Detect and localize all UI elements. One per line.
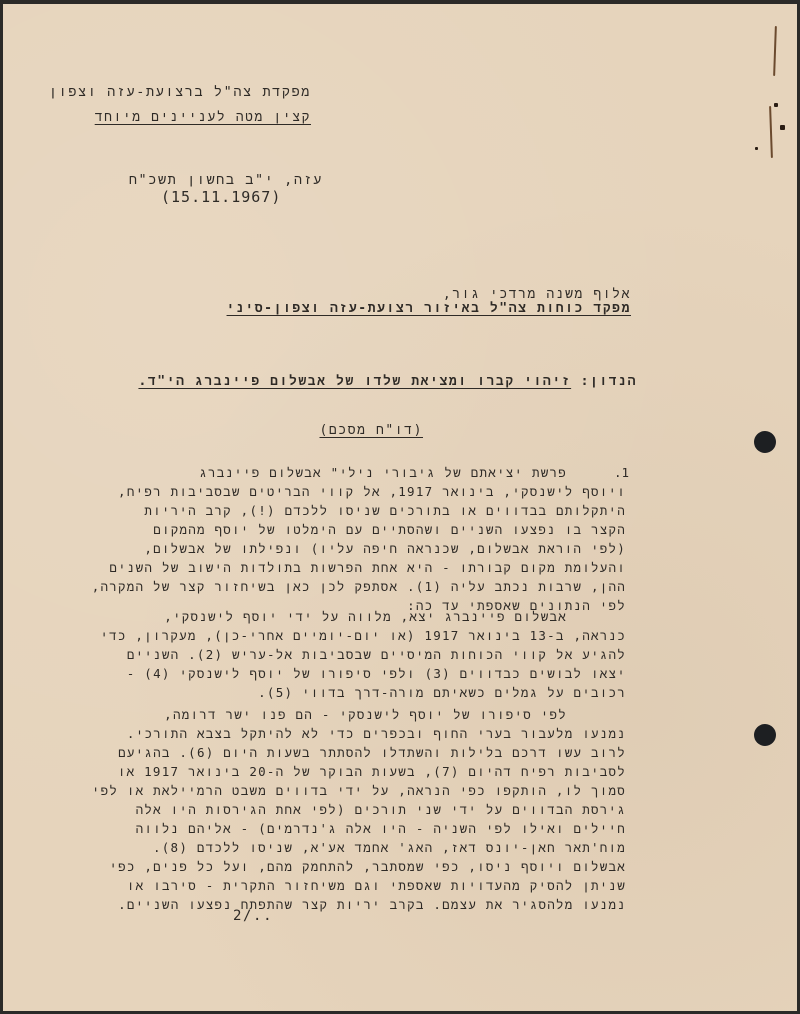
paragraph-line: גירסת הבדווים על ידי שני תורכים (לפי אחת…: [136, 802, 626, 818]
paragraph-line: לרוב עשו דרכם בלילות והשתדלו להסתתר בשעו…: [118, 745, 626, 761]
paragraph-line: נמנעו מלעבור בערי החוף ובכפרים כדי לא לה…: [127, 726, 626, 742]
document-page: מפקדת צה"ל ברצועת-עזה וצפון קצין מטה לענ…: [3, 4, 797, 1011]
punch-hole-icon: [754, 724, 776, 746]
paragraph-3: לפי סיפורו של יוסף לישנסקי - הם פנו ישר …: [3, 4, 797, 1011]
punch-hole-icon: [754, 431, 776, 453]
page-continuation: 2/..: [233, 908, 273, 924]
paragraph-line: לפי סיפורו של יוסף לישנסקי - הם פנו ישר …: [164, 707, 567, 723]
paragraph-line: מוח'תאר חאן-יונס דאז, האג' אחמד אע'א, שנ…: [153, 840, 626, 856]
ink-dot-icon: [774, 103, 778, 107]
ink-dot-icon: [780, 125, 785, 130]
paragraph-line: נמנעו מלהסגיר את עצמם. בקרב יריות קצר שה…: [118, 897, 626, 913]
paragraph-line: לסביבות רפיח דהיום (7), בשעות הבוקר של ה…: [118, 764, 626, 780]
paragraph-line: שניתן להסיק מהעדויות שאספתי וגם משיחזור …: [127, 878, 626, 894]
paragraph-line: אבשלום ויוסף ניסו, כפי שמסתבר, להתחמק מה…: [109, 859, 626, 875]
paragraph-line: סמוך לו, הותקפו כפי הנראה, על ידי בדווים…: [92, 783, 626, 799]
paragraph-line: חיילים ואילו לפי השניה - היו אלה ג'נדרמי…: [136, 821, 626, 837]
ink-dot-icon: [755, 147, 758, 150]
